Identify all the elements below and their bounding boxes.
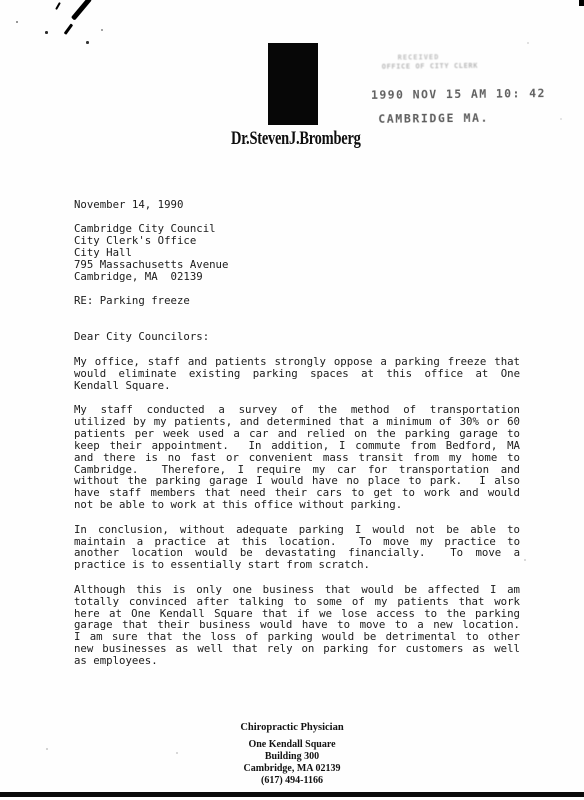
footer-address-line: One Kendall Square: [0, 739, 584, 751]
recipient-address-block: Cambridge City CouncilCity Clerk's Offic…: [74, 223, 520, 283]
scan-corner-mark: [579, 0, 584, 6]
footer-address-line: Building 300: [0, 751, 584, 763]
scanned-letter-page: Dr.StevenJ.Bromberg RECEIVED OFFICE OF C…: [0, 0, 584, 800]
scan-speck: [560, 118, 562, 120]
pen-mark: [64, 23, 73, 34]
letter-body: November 14, 1990 Cambridge City Council…: [74, 199, 520, 667]
scan-speck: [527, 42, 529, 44]
scan-edge-bar: [0, 792, 584, 797]
letter-footer: Chiropractic Physician One Kendall Squar…: [0, 722, 584, 787]
recipient-line: City Hall: [74, 247, 520, 259]
scan-speck: [45, 31, 48, 34]
pen-mark: [55, 2, 61, 10]
footer-address-line: (617) 494-1166: [0, 775, 584, 787]
letter-paragraph: In conclusion, without adequate parking …: [74, 524, 520, 572]
letterhead-doctor-name: Dr.StevenJ.Bromberg: [231, 128, 361, 150]
letter-paragraph: My office, staff and patients strongly o…: [74, 356, 520, 392]
scan-speck: [524, 559, 526, 561]
letter-line: keep their appointment. In addition, I c…: [74, 440, 520, 452]
recipient-line: City Clerk's Office: [74, 235, 520, 247]
letter-line: as employees.: [74, 655, 520, 667]
letter-line: not be able to work at this office witho…: [74, 499, 520, 511]
recipient-line: 795 Massachusetts Avenue: [74, 259, 520, 271]
salutation: Dear City Councilors:: [74, 331, 520, 343]
stamp-place-line: CAMBRIDGE MA.: [378, 111, 489, 126]
letter-line: My office, staff and patients strongly o…: [74, 356, 520, 368]
re-line: RE: Parking freeze: [74, 295, 520, 307]
letter-line: totally convinced after talking to some …: [74, 596, 520, 608]
letter-line: Although this is only one business that …: [74, 584, 520, 596]
letter-paragraphs: My office, staff and patients strongly o…: [74, 356, 520, 667]
received-stamp: RECEIVED OFFICE OF CITY CLERK 1990 NOV 1…: [368, 49, 549, 136]
letter-line: practice is to essentially start from sc…: [74, 559, 520, 571]
letter-paragraph: My staff conducted a survey of the metho…: [74, 404, 520, 511]
stamp-date-line: 1990 NOV 15 AM 10: 42: [371, 86, 546, 102]
letter-paragraph: Although this is only one business that …: [74, 584, 520, 667]
footer-profession-title: Chiropractic Physician: [0, 722, 584, 733]
stamp-faint-line-2: OFFICE OF CITY CLERK: [382, 62, 478, 71]
footer-address-line: Cambridge, MA 02139: [0, 763, 584, 775]
scan-speck: [16, 21, 18, 23]
scan-speck: [86, 41, 89, 44]
scan-speck: [101, 29, 103, 31]
letter-line: Kendall Square.: [74, 380, 520, 392]
letter-line: patients per week used a car and relied …: [74, 428, 520, 440]
letter-line: In conclusion, without adequate parking …: [74, 524, 520, 536]
footer-address-block: One Kendall SquareBuilding 300Cambridge,…: [0, 739, 584, 787]
letterhead-logo-block: [268, 43, 318, 125]
recipient-line: Cambridge, MA 02139: [74, 271, 520, 283]
letter-line: and there is no fast or convenient mass …: [74, 452, 520, 464]
stamp-faint-line-1: RECEIVED: [398, 53, 440, 61]
letter-line: utilized by my patients, and determined …: [74, 416, 520, 428]
letter-date: November 14, 1990: [74, 199, 520, 211]
letter-line: would eliminate existing parking spaces …: [74, 368, 520, 380]
pen-mark: [71, 0, 92, 20]
